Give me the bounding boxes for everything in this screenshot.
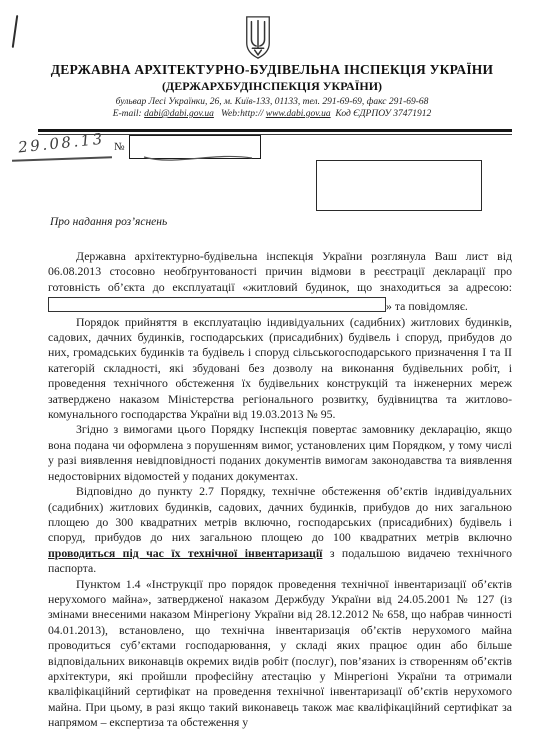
date-underline: [12, 156, 112, 161]
paragraph-1-text: Державна архітектурно-будівельна інспекц…: [48, 249, 512, 294]
recipient-redaction-box: [316, 160, 482, 211]
paragraph-1-closing: » та повідомляє.: [386, 299, 468, 313]
redacted-address-box: [48, 297, 386, 312]
email-label: E-mail:: [113, 109, 144, 119]
paragraph-2: Порядок прийняття в експлуатацію індивід…: [48, 315, 512, 423]
email-link: dabi@dabi.gov.ua: [144, 109, 214, 119]
pen-mark: [12, 15, 19, 48]
paragraph-5: Пунктом 1.4 «Інструкції про порядок пров…: [48, 577, 512, 731]
edrpou-code: Код ЄДРПОУ 37471912: [331, 109, 432, 119]
org-short-name: (ДЕРЖАРХБУДІНСПЕКЦІЯ УКРАЇНИ): [0, 79, 544, 94]
paragraph-4: Відповідно до пункту 2.7 Порядку, техніч…: [48, 484, 512, 576]
pen-squiggle: [140, 150, 258, 168]
header-divider: [38, 129, 512, 135]
paragraph-4-emphasis: проводиться під час їх технічної інвента…: [48, 546, 322, 560]
number-label: №: [114, 141, 125, 153]
web-link: www.dabi.gov.ua: [266, 109, 331, 119]
handwritten-date: 29.08.13: [17, 130, 105, 157]
org-name: ДЕРЖАВНА АРХІТЕКТУРНО-БУДІВЕЛЬНА ІНСПЕКЦ…: [0, 62, 544, 78]
subject-line: Про надання роз’яснень: [50, 216, 167, 228]
ukraine-tryzub-emblem-icon: [238, 15, 278, 60]
web-label: Web:http://: [214, 109, 266, 119]
paragraph-3: Згідно з вимогами цього Порядку Інспекці…: [48, 422, 512, 484]
scanned-letter-page: ДЕРЖАВНА АРХІТЕКТУРНО-БУДІВЕЛЬНА ІНСПЕКЦ…: [0, 0, 544, 750]
paragraph-1: Державна архітектурно-будівельна інспекц…: [48, 249, 512, 315]
letter-body: Державна архітектурно-будівельна інспекц…: [48, 249, 512, 731]
org-contact-line: E-mail: dabi@dabi.gov.ua Web:http:// www…: [0, 109, 544, 119]
paragraph-4-text: Відповідно до пункту 2.7 Порядку, техніч…: [48, 484, 512, 544]
org-address-line: бульвар Лесі Українки, 26, м. Київ-133, …: [0, 97, 544, 107]
